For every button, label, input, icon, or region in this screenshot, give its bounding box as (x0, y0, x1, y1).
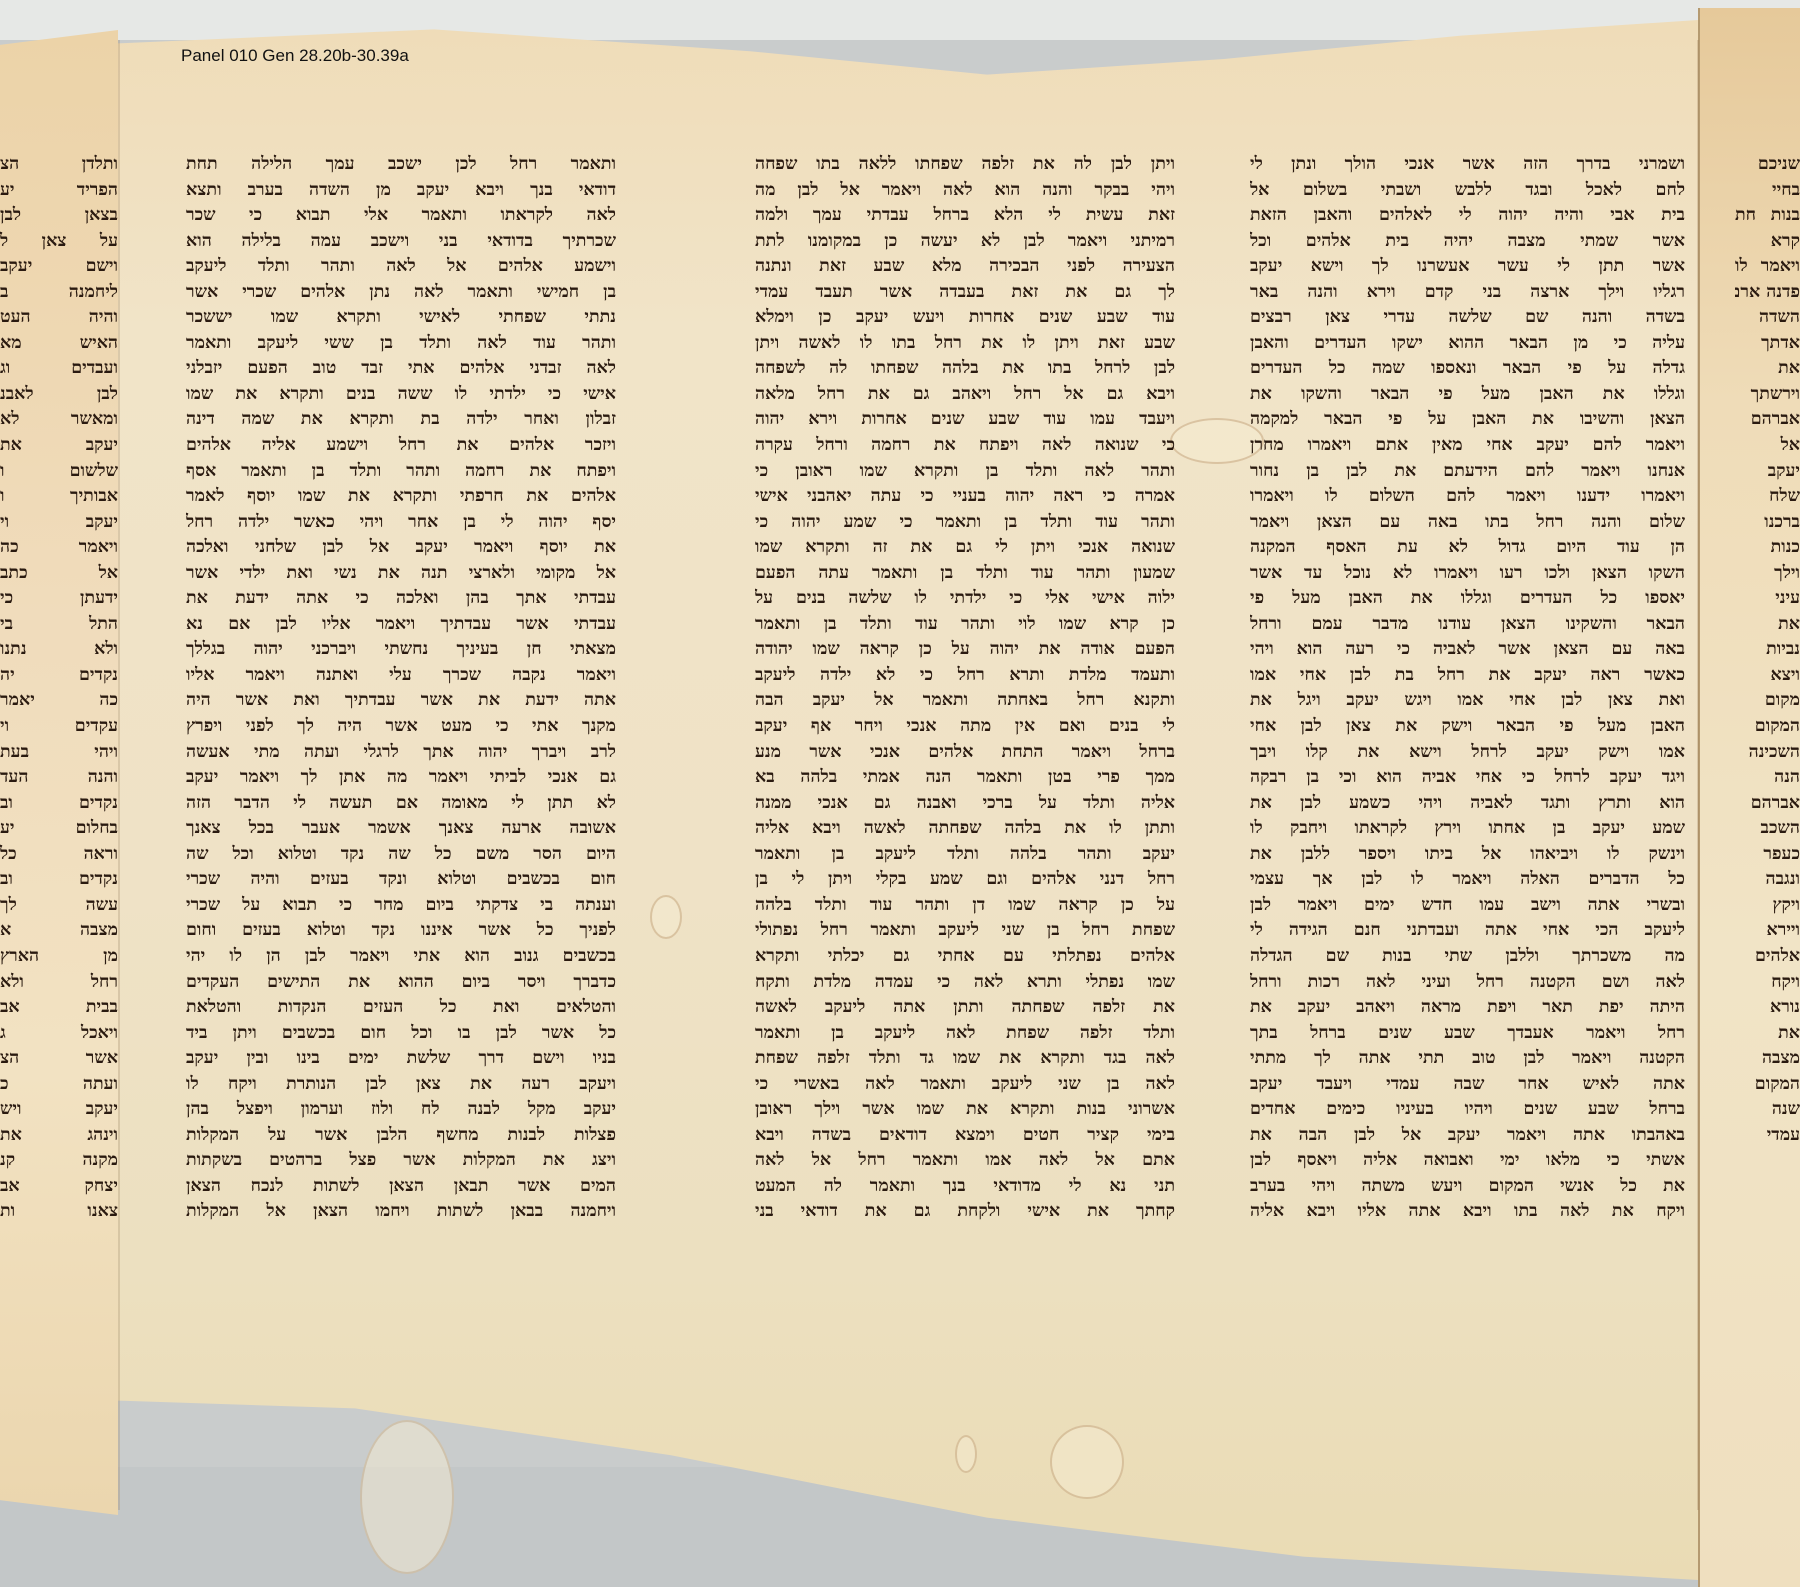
text-line: בית אבי והיה יהוה לי לאלהים והאבן הזאת (1250, 203, 1685, 229)
text-line: ויקח (1735, 970, 1800, 996)
text-line: יאספו כל העדרים וגללו את האבן מעל פי (1250, 586, 1685, 612)
text-line: עיני (1735, 586, 1800, 612)
text-line: שפחת רחל בן שני ליעקב ותאמר רחל נפתולי (755, 918, 1175, 944)
text-line: והיה העט (0, 305, 118, 331)
text-line: ויאמרו ידענו ויאמר להם השלום לו ויאמרו (1250, 484, 1685, 510)
text-line: ויחמנה בבאן לשתות ויחמו הצאן אל המקלות (186, 1199, 616, 1225)
text-line: לאה זבדני אלהים אתי זבד טוב הפעם יזבלני (186, 356, 616, 382)
text-line: השדה (1735, 305, 1800, 331)
text-line: מקנך אתי כי מעט אשר היה לך לפני ויפרץ (186, 714, 616, 740)
text-line: ויתן לבן לה את זלפה שפחתו ללאה בתו שפחה (755, 152, 1175, 178)
text-line: צאנו ות (0, 1199, 118, 1225)
text-line: הבאר והשקינו הצאן עודנו מדבר עמם ורחל (1250, 612, 1685, 638)
text-line: אשר הצ (0, 1046, 118, 1072)
text-line: בחלום יע (0, 816, 118, 842)
text-line: שמע יעקב בן אחתו וירץ לקראתו ויחבק לו (1250, 816, 1685, 842)
text-line: הקטנה ויאמר לבן טוב תתי אתה לך מתתי (1250, 1046, 1685, 1072)
text-line: גם אנכי לביתי ויאמר מה אתן לך ויאמר יעקב (186, 765, 616, 791)
text-line: אשתי כי מלאו ימי ואבואה אליה ויאסף לבן (1250, 1148, 1685, 1174)
text-line: ויהי בעת (0, 740, 118, 766)
text-line: כאשר ראה יעקב את רחל בת לבן אחי אמו (1250, 663, 1685, 689)
text-line: באה עם הצאן אשר לאביה כי רעה הוא ויהי (1250, 637, 1685, 663)
text-line: את יוסף ויאמר יעקב אל לבן שלחני ואלכה (186, 535, 616, 561)
text-line: את זלפה שפחתה ותתן אתה ליעקב לאשה (755, 995, 1175, 1021)
text-line: שמעון ותהר עוד ותלד בן ותאמר עתה הפעם (755, 561, 1175, 587)
text-line: פדנה ארם (1735, 280, 1800, 306)
text-line: אמרה כי ראה יהוה בעניי כי עתה יאהבני איש… (755, 484, 1175, 510)
text-line: ושמרני בדרך הזה אשר אנכי הולך ונתן לי (1250, 152, 1685, 178)
text-line: ויאמר נקבה שכרך עלי ואתנה ויאמר אליו (186, 663, 616, 689)
text-line: קחתך את אישי ולקחת גם את דודאי בני (755, 1199, 1175, 1225)
text-line: הפעם אודה את יהוה על כן קראה שמו יהודה (755, 637, 1175, 663)
text-line: נקדים יה (0, 663, 118, 689)
text-line: השכינה (1735, 740, 1800, 766)
text-line: יעקב ויש (0, 1097, 118, 1123)
text-line: ויעבד עמו עוד שבע שנים אחרות וירא יהוה (755, 407, 1175, 433)
text-line: אשר שמתי מצבה יהיה בית אלהים וכל (1250, 229, 1685, 255)
text-line: המים אשר תבאן הצאן לשתות לנכח הצאן (186, 1174, 616, 1200)
text-column-edge-left: ותלדן הצהפריד יעבצאן לבןעל צאן לוישם יעק… (0, 152, 118, 1225)
text-line: את (1735, 1021, 1800, 1047)
text-line: לא תתן לי מאומה אם תעשה לי הדבר הזה (186, 791, 616, 817)
text-line: אברהם (1735, 407, 1800, 433)
text-line: אישי כי ילדתי לו ששה בנים ותקרא את שמו (186, 382, 616, 408)
text-line: על כן קראה שמו דן ותהר עוד ותלד בלהה (755, 893, 1175, 919)
text-line: המקום (1735, 1072, 1800, 1098)
text-line: שנה (1735, 1097, 1800, 1123)
text-line: עבדתי אשר עבדתיך ויאמר אליו לבן אם נא (186, 612, 616, 638)
text-line: אל (1735, 433, 1800, 459)
text-line: את (1735, 612, 1800, 638)
text-line: ויאכל ג (0, 1021, 118, 1047)
text-line: לבן לרחל בתו את בלהה שפחתו לה לשפחה (755, 356, 1175, 382)
text-line: כדברך ויסר ביום ההוא את התישים העקדים (186, 970, 616, 996)
text-line: היום הסר משם כל שה נקד וטלוא וכל שה (186, 842, 616, 868)
text-line: חום בכשבים וטלוא ונקד בעזים והיה שכרי (186, 867, 616, 893)
text-line: שמו נפתלי ותרא לאה כי עמדה מלדת ותקח (755, 970, 1175, 996)
text-line: שלשום ו (0, 459, 118, 485)
text-line: לאה בן שני ליעקב ותאמר לאה באשרי כי (755, 1072, 1175, 1098)
text-line: אל מקומי ולארצי תנה את נשי ואת ילדי אשר (186, 561, 616, 587)
text-line: ויגד יעקב לרחל כי אחי אביה הוא וכי בן רב… (1250, 765, 1685, 791)
text-line: לי בנים ואם אין מתה אנכי ויחר אף יעקב (755, 714, 1175, 740)
text-line: עשה לך (0, 893, 118, 919)
text-line: אמו וישק יעקב לרחל וישא את קלו ויבך (1250, 740, 1685, 766)
text-line: הפריד יע (0, 178, 118, 204)
text-line: וילך (1735, 561, 1800, 587)
text-line: עליה כי מן הבאר ההוא ישקו העדרים והאבן (1250, 331, 1685, 357)
text-line: ילוה אישי אלי כי ילדתי לו שלשה בנים על (755, 586, 1175, 612)
text-line: מצבה (1735, 1046, 1800, 1072)
text-line: ויצא (1735, 663, 1800, 689)
text-line: שנואה אנכי ויתן לי גם את זה ותקרא שמו (755, 535, 1175, 561)
text-line: נתתי שפחתי לאישי ותקרא שמו יששכר (186, 305, 616, 331)
text-line: יעקב ותהר בלהה ותלד ליעקב בן ותאמר (755, 842, 1175, 868)
text-line: הן עוד היום גדול לא עת האסף המקנה (1250, 535, 1685, 561)
text-line: ליחמנה ב (0, 280, 118, 306)
text-line: ותהר עוד ותלד בן ותאמר כי שמע יהוה כי (755, 510, 1175, 536)
text-line: ואת צאן לבן אחי אמו ויגש יעקב ויגל את (1250, 688, 1685, 714)
text-line: יסף יהוה לי בן אחר ויהי כאשר ילדה רחל (186, 510, 616, 536)
text-line: יעקב וי (0, 510, 118, 536)
text-line: שלום והנה רחל בתו באה עם הצאן ויאמר (1250, 510, 1685, 536)
text-line: ומאשר לא (0, 407, 118, 433)
text-line: בכשבים גנוב הוא אתי ויאמר לבן הן לו יהי (186, 944, 616, 970)
text-line: יעקב מקל לבנה לח ולוז וערמון ויפצל בהן (186, 1097, 616, 1123)
text-line: ויאמר להם יעקב אחי מאין אתם ויאמרו מחרן (1250, 433, 1685, 459)
text-line: ויאמר לו (1735, 254, 1800, 280)
text-line: בנות חת (1735, 203, 1800, 229)
text-line: ונגבה (1735, 867, 1800, 893)
text-line: היתה יפת תאר ויפת מראה ויאהב יעקב את (1250, 995, 1685, 1021)
text-line: השכב (1735, 816, 1800, 842)
text-line: ויירא (1735, 918, 1800, 944)
text-line: ותלד זלפה שפחת לאה ליעקב בן ותאמר (755, 1021, 1175, 1047)
text-line: ועבדים וג (0, 356, 118, 382)
text-line: וגללו את האבן מעל פי הבאר והשקו את (1250, 382, 1685, 408)
text-line: שלח (1735, 484, 1800, 510)
text-line: רחל ולא (0, 970, 118, 996)
text-line: כל אשר לבן בו וכל חום בכשבים ויתן ביד (186, 1021, 616, 1047)
text-line: אליה ותלד על ברכי ואבנה גם אנכי ממנה (755, 791, 1175, 817)
text-line: התל בי (0, 612, 118, 638)
text-line: ידעתן כי (0, 586, 118, 612)
text-line: כה יאמר (0, 688, 118, 714)
text-line: כעפר (1735, 842, 1800, 868)
text-line: ויבא גם אל רחל ויאהב גם את רחל מלאה (755, 382, 1175, 408)
text-line: דודאי בנך ויבא יעקב מן השדה בערב ותצא (186, 178, 616, 204)
text-line: על צאן ל (0, 229, 118, 255)
text-line: אברהם (1735, 791, 1800, 817)
text-line: ויקח את לאה בתו ויבא אתה אליו ויבא אליה (1250, 1199, 1685, 1225)
text-line: אנחנו ויאמר להם הידעתם את לבן בן נחור (1250, 459, 1685, 485)
text-line: ותלדן הצ (0, 152, 118, 178)
text-line: מה משכרתך וללבן שתי בנות שם הגדלה (1250, 944, 1685, 970)
text-line: מן הארץ (0, 944, 118, 970)
text-line: רמיתני ויאמר לבן לא יעשה כן במקומנו לתת (755, 229, 1175, 255)
text-line: ותהר לאה ותלד בן ותקרא שמו ראובן כי (755, 459, 1175, 485)
text-line: וענתה בי צדקתי ביום מחר כי תבוא על שכרי (186, 893, 616, 919)
text-line: אלהים (1735, 944, 1800, 970)
text-line: אתה לאיש אחר שבה עמדי ויעבד יעקב (1250, 1072, 1685, 1098)
text-line: מצבה א (0, 918, 118, 944)
text-line: בצאן לבן (0, 203, 118, 229)
text-line: ויצג את המקלות אשר פצל ברהטים בשקתות (186, 1148, 616, 1174)
text-line: וינהג את (0, 1123, 118, 1149)
text-line: בחיי (1735, 178, 1800, 204)
text-line: לאה לקראתו ותאמר אלי תבוא כי שכר (186, 203, 616, 229)
text-line: אתם אל לאה אמו ותאמר רחל אל לאה (755, 1148, 1175, 1174)
text-line: הצעירה לפני הבכירה מלא שבע זאת ונתנה (755, 254, 1175, 280)
text-line: לבן לאבנ (0, 382, 118, 408)
text-line: והנה העד (0, 765, 118, 791)
text-line: אשר תתן לי עשר אעשרנו לך וישא יעקב (1250, 254, 1685, 280)
text-line: השקו הצאן ולכו רעו ויאמרו לא נוכל עד אשר (1250, 561, 1685, 587)
text-line: המקום (1735, 714, 1800, 740)
text-line: לך גם את זאת בעבדה אשר תעבד עמדי (755, 280, 1175, 306)
text-line: ויאמר כה (0, 535, 118, 561)
text-line: רגליו וילך ארצה בני קדם וירא והנה באר (1250, 280, 1685, 306)
text-line: האיש מא (0, 331, 118, 357)
text-line: נקדים וב (0, 867, 118, 893)
parchment-stain (1050, 1425, 1124, 1499)
text-line: ויפתח את רחמה ותהר ותלד בן ותאמר אסף (186, 459, 616, 485)
text-line: אלהים את חרפתי ותקרא את שמו יוסף לאמר (186, 484, 616, 510)
text-line: ותקנא רחל באחתה ותאמר אל יעקב הבה (755, 688, 1175, 714)
text-line: בן חמישי ותאמר לאה נתן אלהים שכרי אשר (186, 280, 616, 306)
text-line: ברחל ויאמר התחת אלהים אנכי אשר מנע (755, 740, 1175, 766)
parchment-stain (650, 895, 682, 939)
text-line: ממך פרי בטן ותאמר הנה אמתי בלהה בא (755, 765, 1175, 791)
text-line: ותהר עוד לאה ותלד בן ששי ליעקב ותאמר (186, 331, 616, 357)
text-line: רחל ויאמר אעבדך שבע שנים ברחל בתך (1250, 1021, 1685, 1047)
text-line: האבן מעל פי הבאר וישק את צאן לבן אחי (1250, 714, 1685, 740)
text-line: ובשרי אתה וישב עמו חדש ימים ויאמר לבן (1250, 893, 1685, 919)
text-line: אלהים נפתלתי עם אחתי גם יכלתי ותקרא (755, 944, 1175, 970)
text-line: פצלות לבנות מחשף הלבן אשר על המקלות (186, 1123, 616, 1149)
text-column: ויתן לבן לה את זלפה שפחתו ללאה בתו שפחהו… (755, 152, 1175, 1225)
text-line: כנות (1735, 535, 1800, 561)
text-line: לחם לאכל ובגד ללבש ושבתי בשלום אל (1250, 178, 1685, 204)
text-line: הצאן והשיבו את האבן על פי הבאר למקמה (1250, 407, 1685, 433)
text-line: בשדה והנה שם שלשה עדרי צאן רבצים (1250, 305, 1685, 331)
text-line: אבותיך ו (0, 484, 118, 510)
text-line: רחל דנני אלהים וגם שמע בקלי ויתן לי בן (755, 867, 1175, 893)
text-line: שבע זאת ויתן לו את רחל בתו לו לאשה ויתן (755, 331, 1175, 357)
text-column: ותאמר רחל לכן ישכב עמך הלילה תחתדודאי בנ… (186, 152, 616, 1225)
text-line: בימי קציר חטים וימצא דודאים בשדה ויבא (755, 1123, 1175, 1149)
text-line: קרא (1735, 229, 1800, 255)
text-line: וראה כל (0, 842, 118, 868)
text-line: ברחל שבע שנים ויהיו בעיניו כימים אחדים (1250, 1097, 1685, 1123)
text-line: הוא ותרץ ותגד לאביה ויהי כשמע לבן את (1250, 791, 1685, 817)
text-line: כן קרא שמו לוי ותהר עוד ותלד בן ותאמר (755, 612, 1175, 638)
text-line: לאה בגד ותקרא את שמו גד ותלד זלפה שפחת (755, 1046, 1175, 1072)
text-line: ותאמר רחל לכן ישכב עמך הלילה תחת (186, 152, 616, 178)
sheet-seam (1697, 40, 1699, 1510)
parchment-stain (955, 1435, 977, 1473)
text-line: ויעקב רעה את צאן לבן הנותרת ויקח לו (186, 1072, 616, 1098)
text-line: ותתן לו את בלהה שפחתה לאשה ויבא אליה (755, 816, 1175, 842)
text-line: וישם יעקב (0, 254, 118, 280)
text-line: שניכם (1735, 152, 1800, 178)
text-line: ליעקב הכי אחי אתה ועבדתני חנם הגידה לי (1250, 918, 1685, 944)
text-line: כל הדברים האלה ויאמר לו לבן אך עצמי (1250, 867, 1685, 893)
text-line: נקדים וב (0, 791, 118, 817)
text-line: נביות (1735, 637, 1800, 663)
text-line: ברכנו (1735, 510, 1800, 536)
text-line: בבית אב (0, 995, 118, 1021)
text-line: אדתך (1735, 331, 1800, 357)
text-line: עוד שבע שנים אחרות ויעש יעקב כן וימלא (755, 305, 1175, 331)
text-line: עבדתי אתך בהן ואלכה כי אתה ידעת את (186, 586, 616, 612)
text-line: תני נא לי מדודאי בנך ותאמר לה המעט (755, 1174, 1175, 1200)
text-line: לרב ויברך יהוה אתך לרגלי ועתה מתי אעשה (186, 740, 616, 766)
text-column: ושמרני בדרך הזה אשר אנכי הולך ונתן לילחם… (1250, 152, 1685, 1225)
parchment-stain (360, 1420, 454, 1574)
text-line: ועתה כ (0, 1072, 118, 1098)
text-line: הנה (1735, 765, 1800, 791)
text-line: נורא (1735, 995, 1800, 1021)
text-line: בניו וישם דרך שלשת ימים בינו ובין יעקב (186, 1046, 616, 1072)
sheet-seam (118, 40, 120, 1510)
text-line: יעקב (1735, 459, 1800, 485)
panel-label: Panel 010 Gen 28.20b-30.39a (181, 46, 409, 66)
text-line: יצחק אב (0, 1174, 118, 1200)
text-line: אל כתב (0, 561, 118, 587)
text-line: וישמע אלהים אל לאה ותהר ותלד ליעקב (186, 254, 616, 280)
text-line: וינשק לו ויביאהו אל ביתו ויספר ללבן את (1250, 842, 1685, 868)
text-line: שכרתיך בדודאי בני וישכב עמה בלילה הוא (186, 229, 616, 255)
text-line: עקדים וי (0, 714, 118, 740)
text-line: גדלה על פי הבאר ונאספו שמה כל העדרים (1250, 356, 1685, 382)
text-line: וירשתך (1735, 382, 1800, 408)
text-line: והטלאים ואת כל העזים הנקדות והטלאת (186, 995, 616, 1021)
text-line: את (1735, 356, 1800, 382)
text-line: ויקץ (1735, 893, 1800, 919)
text-line: מצאתי חן בעיניך נחשתי ויברכני יהוה בגללך (186, 637, 616, 663)
text-line: לפניך כל אשר איננו נקד וטלוא בעזים וחום (186, 918, 616, 944)
text-column-edge-right: שניכםבחייבנות חתקראויאמר לופדנה ארםהשדהא… (1735, 152, 1800, 1148)
text-line: זאת עשית לי הלא ברחל עבדתי עמך ולמה (755, 203, 1175, 229)
text-line: כי שנואה לאה ויפתח את רחמה ורחל עקרה (755, 433, 1175, 459)
text-line: מקום (1735, 688, 1800, 714)
text-line: זבלון ואחר ילדה בת ותקרא את שמה דינה (186, 407, 616, 433)
text-line: ויהי בבקר והנה הוא לאה ויאמר אל לבן מה (755, 178, 1175, 204)
text-line: מקנה קנ (0, 1148, 118, 1174)
text-line: עמדי (1735, 1123, 1800, 1149)
text-line: ותעמד מלדת ותרא רחל כי לא ילדה ליעקב (755, 663, 1175, 689)
text-line: את כל אנשי המקום ויעש משתה ויהי בערב (1250, 1174, 1685, 1200)
text-line: ויזכר אלהים את רחל וישמע אליה אלהים (186, 433, 616, 459)
text-line: אתה ידעת את אשר עבדתיך ואת אשר היה (186, 688, 616, 714)
text-line: באהבתו אתה ויאמר יעקב אל לבן הבה את (1250, 1123, 1685, 1149)
text-line: לאה ושם הקטנה רחל ועיני לאה רכות ורחל (1250, 970, 1685, 996)
text-line: אשרוני בנות ותקרא את שמו אשר וילך ראובן (755, 1097, 1175, 1123)
text-line: אשובה ארעה צאנך אשמר אעבר בכל צאנך (186, 816, 616, 842)
text-line: יעקב את (0, 433, 118, 459)
text-line: ולא נתנו (0, 637, 118, 663)
